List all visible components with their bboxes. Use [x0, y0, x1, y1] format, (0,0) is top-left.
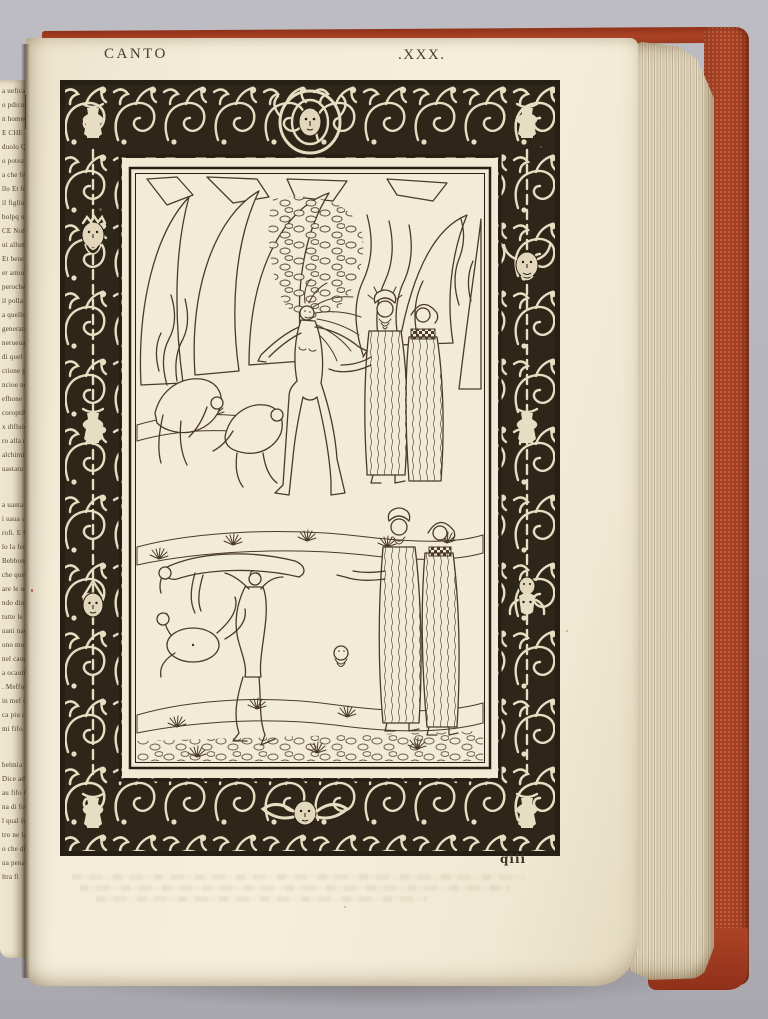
running-header-canto: CANTO — [104, 46, 168, 62]
checkered-collar — [411, 329, 435, 339]
foxing-speck — [540, 146, 542, 148]
foxing-speck — [566, 630, 568, 632]
red-ink-speck — [31, 589, 33, 592]
woodcut-block — [60, 80, 560, 856]
photograph-open-book: a uefica:o pdicoun homeoE CHE fuduolo Qo… — [0, 0, 768, 1019]
foxing-speck — [344, 906, 346, 908]
running-header-canto-number: .XXX. — [398, 47, 446, 63]
foxing-speck — [99, 208, 102, 211]
page-block-fore-edge — [630, 42, 714, 980]
quire-signature-mark: qiii — [500, 852, 526, 866]
show-through-text-line — [80, 885, 510, 891]
show-through-text-line — [96, 896, 426, 902]
show-through-text-line — [72, 874, 524, 880]
woodcut-illustration — [137, 175, 483, 761]
gutter-crease — [21, 44, 30, 978]
